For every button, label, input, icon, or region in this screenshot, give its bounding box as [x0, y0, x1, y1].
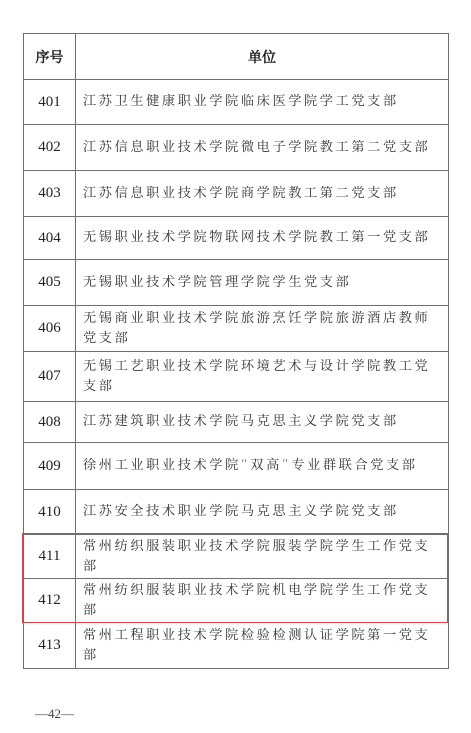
row-unit: 常州纺织服装职业技术学院机电学院学生工作党支部 — [76, 579, 449, 623]
row-unit: 常州纺织服装职业技术学院服装学院学生工作党支部 — [76, 535, 449, 579]
row-unit: 江苏建筑职业技术学院马克思主义学院党支部 — [76, 402, 449, 443]
row-number: 408 — [24, 402, 76, 443]
row-unit: 江苏信息职业技术学院微电子学院教工第二党支部 — [76, 125, 449, 171]
row-number: 404 — [24, 217, 76, 260]
row-unit: 江苏安全技术职业学院马克思主义学院党支部 — [76, 490, 449, 535]
row-unit: 徐州工业职业技术学院“双高”专业群联合党支部 — [76, 443, 449, 490]
row-number: 401 — [24, 80, 76, 125]
row-number: 407 — [24, 352, 76, 402]
document-page: 序号 单位 401 江苏卫生健康职业学院临床医学院学工党支部 402 江苏信息职… — [0, 0, 471, 733]
row-number: 402 — [24, 125, 76, 171]
table-row-highlighted: 412 常州纺织服装职业技术学院机电学院学生工作党支部 — [24, 579, 449, 623]
row-number: 410 — [24, 490, 76, 535]
table-row: 408 江苏建筑职业技术学院马克思主义学院党支部 — [24, 402, 449, 443]
table-row-highlighted: 411 常州纺织服装职业技术学院服装学院学生工作党支部 — [24, 535, 449, 579]
row-number: 413 — [24, 623, 76, 669]
party-branch-table: 序号 单位 401 江苏卫生健康职业学院临床医学院学工党支部 402 江苏信息职… — [23, 33, 449, 669]
row-number: 409 — [24, 443, 76, 490]
table-row: 407 无锡工艺职业技术学院环境艺术与设计学院教工党支部 — [24, 352, 449, 402]
row-number: 412 — [24, 579, 76, 623]
header-unit: 单位 — [76, 34, 449, 80]
table-row: 403 江苏信息职业技术学院商学院教工第二党支部 — [24, 171, 449, 217]
row-unit: 无锡职业技术学院管理学院学生党支部 — [76, 260, 449, 306]
row-unit: 无锡商业职业技术学院旅游烹饪学院旅游酒店教师党支部 — [76, 306, 449, 352]
table-header-row: 序号 单位 — [24, 34, 449, 80]
table-row: 410 江苏安全技术职业学院马克思主义学院党支部 — [24, 490, 449, 535]
page-number: —42— — [35, 706, 74, 722]
row-unit: 江苏信息职业技术学院商学院教工第二党支部 — [76, 171, 449, 217]
header-number: 序号 — [24, 34, 76, 80]
row-number: 406 — [24, 306, 76, 352]
row-number: 405 — [24, 260, 76, 306]
row-number: 411 — [24, 535, 76, 579]
table-row: 406 无锡商业职业技术学院旅游烹饪学院旅游酒店教师党支部 — [24, 306, 449, 352]
table-row: 409 徐州工业职业技术学院“双高”专业群联合党支部 — [24, 443, 449, 490]
table-row: 405 无锡职业技术学院管理学院学生党支部 — [24, 260, 449, 306]
row-unit: 常州工程职业技术学院检验检测认证学院第一党支部 — [76, 623, 449, 669]
row-unit: 无锡职业技术学院物联网技术学院教工第一党支部 — [76, 217, 449, 260]
table-row: 404 无锡职业技术学院物联网技术学院教工第一党支部 — [24, 217, 449, 260]
table-row: 401 江苏卫生健康职业学院临床医学院学工党支部 — [24, 80, 449, 125]
row-unit: 江苏卫生健康职业学院临床医学院学工党支部 — [76, 80, 449, 125]
row-unit: 无锡工艺职业技术学院环境艺术与设计学院教工党支部 — [76, 352, 449, 402]
table-row: 413 常州工程职业技术学院检验检测认证学院第一党支部 — [24, 623, 449, 669]
row-number: 403 — [24, 171, 76, 217]
table-row: 402 江苏信息职业技术学院微电子学院教工第二党支部 — [24, 125, 449, 171]
